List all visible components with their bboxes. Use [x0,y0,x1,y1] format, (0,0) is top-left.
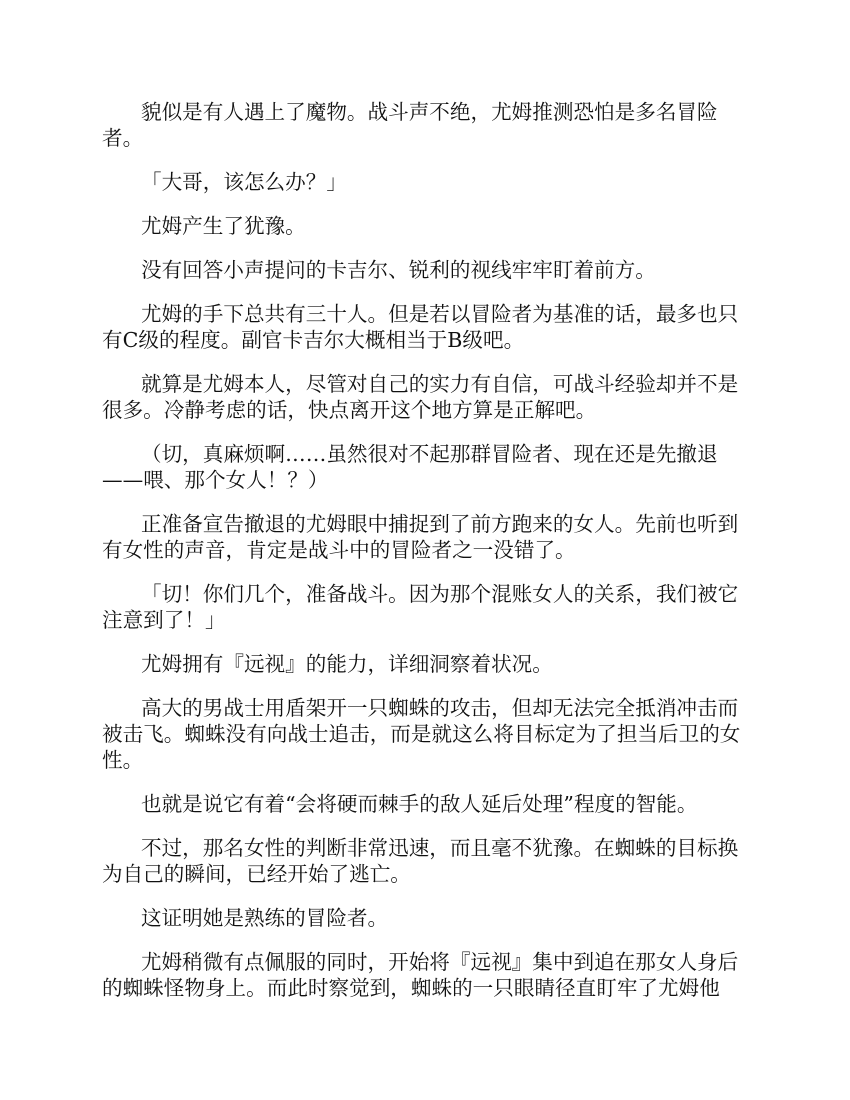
text-line: 不过，那名女性的判断非常迅速，而且毫不犹豫。在蜘蛛的目标换 [102,835,742,861]
text-line: 者。 [102,125,742,151]
text-line: 正准备宣告撤退的尤姆眼中捕捉到了前方跑来的女人。先前也听到 [102,511,742,537]
text-line: 没有回答小声提问的卡吉尔、锐利的视线牢牢盯着前方。 [102,257,742,283]
text-line: 貌似是有人遇上了魔物。战斗声不绝，尤姆推测恐怕是多名冒险 [102,99,742,125]
paragraph: 尤姆拥有『远视』的能力，详细洞察着状况。 [102,651,742,677]
text-line: 被击飞。蜘蛛没有向战士追击，而是就这么将目标定为了担当后卫的女 [102,721,742,747]
text-line: 这证明她是熟练的冒险者。 [102,905,742,931]
text-line: 尤姆的手下总共有三十人。但是若以冒险者为基准的话，最多也只 [102,301,742,327]
paragraph: 高大的男战士用盾架开一只蜘蛛的攻击，但却无法完全抵消冲击而被击飞。蜘蛛没有向战士… [102,695,742,773]
text-line: （切，真麻烦啊……虽然很对不起那群冒险者、现在还是先撤退 [102,441,742,467]
text-line: 有女性的声音，肯定是战斗中的冒险者之一没错了。 [102,537,742,563]
text-line: 就算是尤姆本人，尽管对自己的实力有自信，可战斗经验却并不是 [102,371,742,397]
paragraph: 正准备宣告撤退的尤姆眼中捕捉到了前方跑来的女人。先前也听到有女性的声音，肯定是战… [102,511,742,563]
text-line: 有C级的程度。副官卡吉尔大概相当于B级吧。 [102,327,742,353]
paragraph: 没有回答小声提问的卡吉尔、锐利的视线牢牢盯着前方。 [102,257,742,283]
text-line: 性。 [102,747,742,773]
paragraph: 这证明她是熟练的冒险者。 [102,905,742,931]
paragraph: 「切！你们几个，准备战斗。因为那个混账女人的关系，我们被它注意到了！」 [102,581,742,633]
text-line: 也就是说它有着“会将硬而棘手的敌人延后处理”程度的智能。 [102,791,742,817]
paragraph: 貌似是有人遇上了魔物。战斗声不绝，尤姆推测恐怕是多名冒险者。 [102,99,742,151]
text-line: ——喂、那个女人！？） [102,467,742,493]
text-line: 「切！你们几个，准备战斗。因为那个混账女人的关系，我们被它 [102,581,742,607]
text-line: 尤姆稍微有点佩服的同时，开始将『远视』集中到追在那女人身后 [102,949,742,975]
paragraph: 尤姆稍微有点佩服的同时，开始将『远视』集中到追在那女人身后的蜘蛛怪物身上。而此时… [102,949,742,1001]
paragraph: 也就是说它有着“会将硬而棘手的敌人延后处理”程度的智能。 [102,791,742,817]
text-line: 「大哥，该怎么办？」 [102,169,742,195]
paragraph: 「大哥，该怎么办？」 [102,169,742,195]
paragraph: 就算是尤姆本人，尽管对自己的实力有自信，可战斗经验却并不是很多。冷静考虑的话，快… [102,371,742,423]
paragraph: 尤姆产生了犹豫。 [102,213,742,239]
text-line: 的蜘蛛怪物身上。而此时察觉到，蜘蛛的一只眼睛径直盯牢了尤姆他 [102,975,742,1001]
text-line: 很多。冷静考虑的话，快点离开这个地方算是正解吧。 [102,397,742,423]
paragraph: 不过，那名女性的判断非常迅速，而且毫不犹豫。在蜘蛛的目标换为自己的瞬间，已经开始… [102,835,742,887]
paragraph: （切，真麻烦啊……虽然很对不起那群冒险者、现在还是先撤退——喂、那个女人！？） [102,441,742,493]
text-line: 为自己的瞬间，已经开始了逃亡。 [102,861,742,887]
paragraph: 尤姆的手下总共有三十人。但是若以冒险者为基准的话，最多也只有C级的程度。副官卡吉… [102,301,742,353]
text-line: 高大的男战士用盾架开一只蜘蛛的攻击，但却无法完全抵消冲击而 [102,695,742,721]
document-page: 貌似是有人遇上了魔物。战斗声不绝，尤姆推测恐怕是多名冒险者。「大哥，该怎么办？」… [102,99,742,1019]
text-line: 注意到了！」 [102,607,742,633]
text-line: 尤姆拥有『远视』的能力，详细洞察着状况。 [102,651,742,677]
text-line: 尤姆产生了犹豫。 [102,213,742,239]
